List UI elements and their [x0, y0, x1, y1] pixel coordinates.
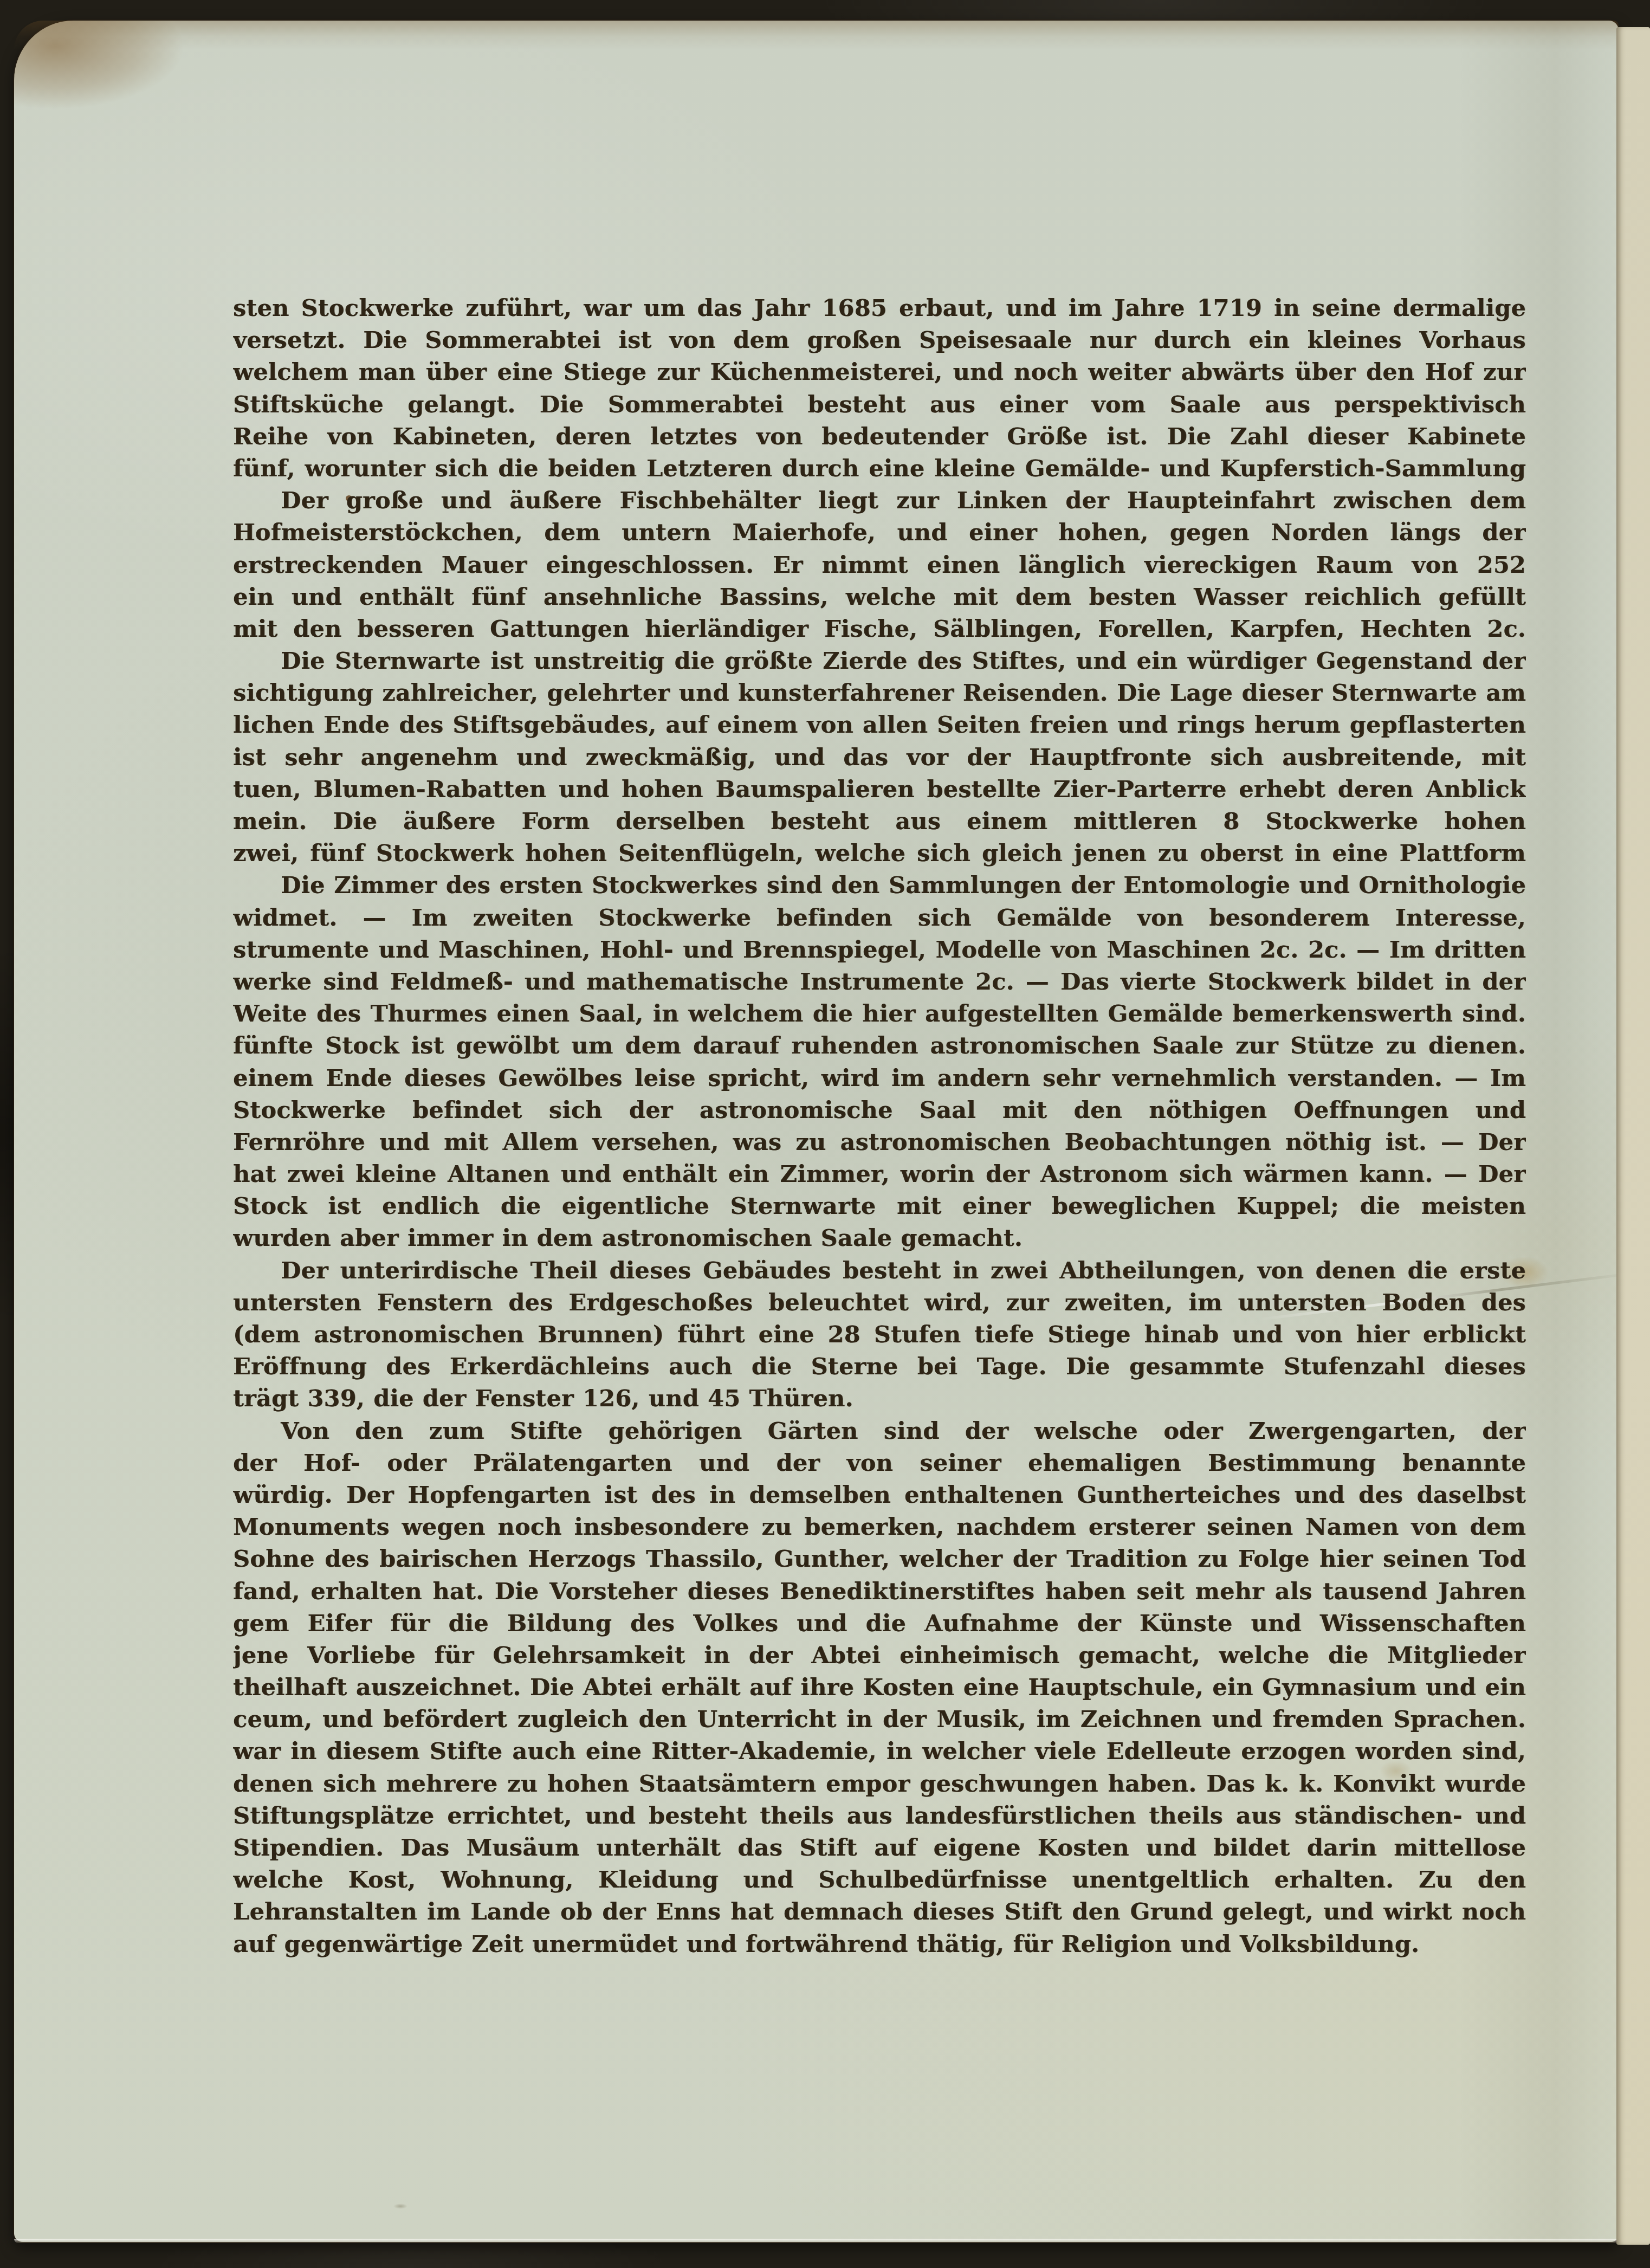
text-line: Stock ist endlich die eigentliche Sternw…: [233, 1191, 1526, 1223]
paragraph: Die Sternwarte ist unstreitig die größte…: [233, 645, 1526, 870]
paper-speck: [393, 2204, 407, 2209]
text-line: auf gegenwärtige Zeit unermüdet und fort…: [233, 1929, 1526, 1961]
scanned-book-photo: sten Stockwerke zuführt, war um das Jahr…: [0, 0, 1650, 2268]
paragraph: Der große und äußere Fischbehälter liegt…: [233, 485, 1526, 645]
text-line: mein. Die äußere Form derselben besteht …: [233, 806, 1526, 838]
paragraph: Von den zum Stifte gehörigen Gärten sind…: [233, 1416, 1526, 1961]
text-line: Reihe von Kabineten, deren letztes von b…: [233, 421, 1526, 453]
text-line: Stiftungsplätze errichtet, und besteht t…: [233, 1800, 1526, 1832]
text-line: Die Sternwarte ist unstreitig die größte…: [233, 645, 1526, 677]
text-line: der Hof- oder Prälatengarten und der von…: [233, 1448, 1526, 1479]
text-line: Eröffnung des Erkerdächleins auch die St…: [233, 1351, 1526, 1383]
text-line: würdig. Der Hopfengarten ist des in dems…: [233, 1479, 1526, 1511]
text-line: wurden aber immer in dem astronomischen …: [233, 1223, 1526, 1255]
text-line: trägt 339, die der Fenster 126, und 45 T…: [233, 1383, 1526, 1415]
text-line: lichen Ende des Stiftsgebäudes, auf eine…: [233, 709, 1526, 741]
text-line: fünfte Stock ist gewölbt um dem darauf r…: [233, 1030, 1526, 1062]
book-page: sten Stockwerke zuführt, war um das Jahr…: [14, 21, 1619, 2242]
text-line: untersten Fenstern des Erdgeschoßes bele…: [233, 1287, 1526, 1319]
text-line: Stiftsküche gelangt. Die Sommerabtei bes…: [233, 389, 1526, 421]
text-line: Der unterirdische Theil dieses Gebäudes …: [233, 1255, 1526, 1287]
text-line: Weite des Thurmes einen Saal, in welchem…: [233, 998, 1526, 1030]
text-line: sten Stockwerke zuführt, war um das Jahr…: [233, 293, 1526, 325]
text-line: Fernröhre und mit Allem versehen, was zu…: [233, 1127, 1526, 1159]
text-line: ist sehr angenehm und zweckmäßig, und da…: [233, 742, 1526, 774]
text-line: sichtigung zahlreicher, gelehrter und ku…: [233, 677, 1526, 709]
text-line: war in diesem Stifte auch eine Ritter-Ak…: [233, 1736, 1526, 1768]
text-line: Die Zimmer des ersten Stockwerkes sind d…: [233, 870, 1526, 902]
paragraph: sten Stockwerke zuführt, war um das Jahr…: [233, 293, 1526, 485]
corner-stain: [14, 21, 307, 183]
text-line: theilhaft auszeichnet. Die Abtei erhält …: [233, 1672, 1526, 1704]
text-line: fünf, worunter sich die beiden Letzteren…: [233, 453, 1526, 485]
text-line: gem Eifer für die Bildung des Volkes und…: [233, 1608, 1526, 1640]
text-line: Hofmeisterstöckchen, dem untern Maierhof…: [233, 517, 1526, 549]
text-line: strumente und Maschinen, Hohl- und Brenn…: [233, 934, 1526, 966]
text-line: zwei, fünf Stockwerk hohen Seitenflügeln…: [233, 838, 1526, 870]
text-line: Sohne des bairischen Herzogs Thassilo, G…: [233, 1543, 1526, 1575]
text-line: Der große und äußere Fischbehälter liegt…: [233, 485, 1526, 517]
text-line: (dem astronomischen Brunnen) führt eine …: [233, 1319, 1526, 1351]
text-line: denen sich mehrere zu hohen Staatsämtern…: [233, 1768, 1526, 1800]
text-line: einem Ende dieses Gewölbes leise spricht…: [233, 1063, 1526, 1095]
text-line: Lehranstalten im Lande ob der Enns hat d…: [233, 1896, 1526, 1928]
text-line: hat zwei kleine Altanen und enthält ein …: [233, 1159, 1526, 1191]
text-line: welchem man über eine Stiege zur Küchenm…: [233, 357, 1526, 389]
text-line: fand, erhalten hat. Die Vorsteher dieses…: [233, 1576, 1526, 1608]
text-line: Stockwerke befindet sich der astronomisc…: [233, 1095, 1526, 1127]
text-line: erstreckenden Mauer eingeschlossen. Er n…: [233, 550, 1526, 581]
text-line: Stipendien. Das Musäum unterhält das Sti…: [233, 1832, 1526, 1864]
paragraph: Der unterirdische Theil dieses Gebäudes …: [233, 1255, 1526, 1416]
text-line: werke sind Feldmeß- und mathematische In…: [233, 966, 1526, 998]
text-line: jene Vorliebe für Gelehrsamkeit in der A…: [233, 1640, 1526, 1672]
page-edge-strip: [1616, 27, 1650, 2245]
text-line: Monuments wegen noch insbesondere zu bem…: [233, 1511, 1526, 1543]
text-line: Von den zum Stifte gehörigen Gärten sind…: [233, 1416, 1526, 1448]
text-line: welche Kost, Wohnung, Kleidung und Schul…: [233, 1864, 1526, 1896]
text-line: mit den besseren Gattungen hierländiger …: [233, 613, 1526, 645]
paragraph: Die Zimmer des ersten Stockwerkes sind d…: [233, 870, 1526, 1255]
text-line: ein und enthält fünf ansehnliche Bassins…: [233, 581, 1526, 613]
text-line: tuen, Blumen-Rabatten und hohen Baumspal…: [233, 774, 1526, 806]
page-text: sten Stockwerke zuführt, war um das Jahr…: [233, 293, 1526, 1961]
text-line: widmet. — Im zweiten Stockwerke befinden…: [233, 902, 1526, 934]
text-line: ceum, und befördert zugleich den Unterri…: [233, 1704, 1526, 1736]
text-line: versetzt. Die Sommerabtei ist von dem gr…: [233, 325, 1526, 357]
